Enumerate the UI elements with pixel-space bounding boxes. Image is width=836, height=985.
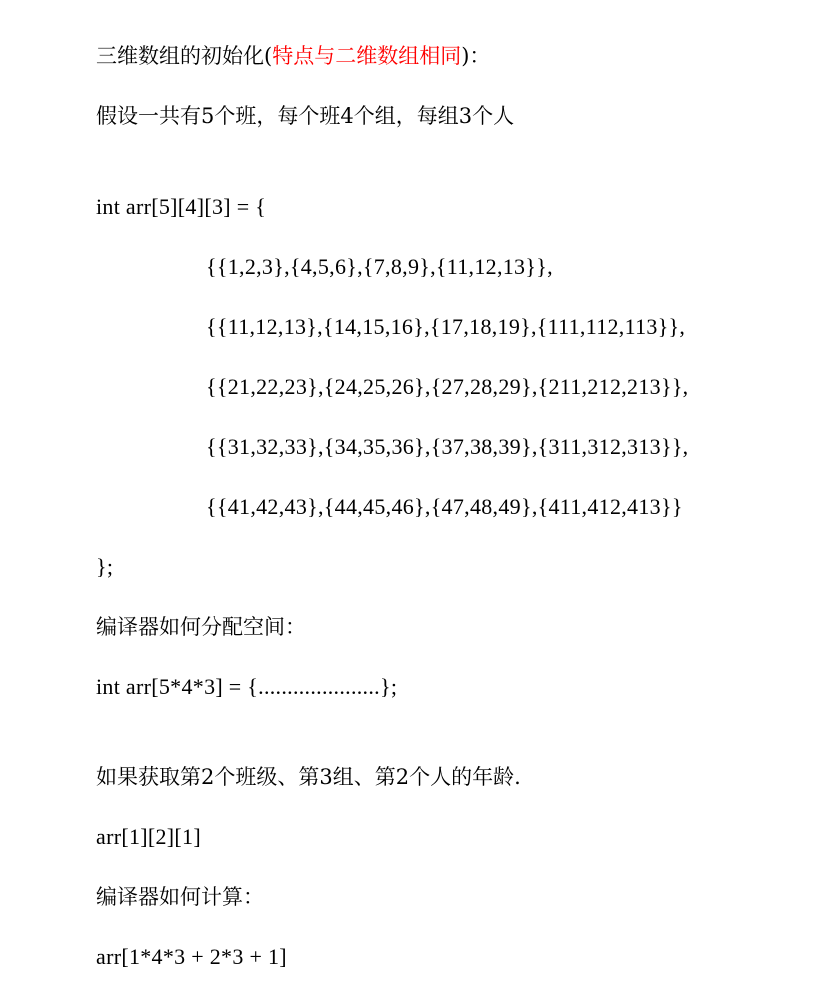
heading: 三维数组的初始化(特点与二维数组相同)： (96, 42, 490, 70)
declaration-row-4: {{31,32,33},{34,35,36},{37,38,39},{311,3… (206, 433, 688, 461)
heading-prefix: 三维数组的初始化( (96, 44, 272, 68)
declaration-row-2: {{11,12,13},{14,15,16},{17,18,19},{111,1… (206, 313, 685, 341)
declaration-row-1: {{1,2,3},{4,5,6},{7,8,9},{11,12,13}}, (206, 253, 553, 281)
declaration-close: }; (96, 553, 113, 581)
access-code: arr[1][2][1] (96, 823, 201, 851)
compute-code: arr[1*4*3 + 2*3 + 1] (96, 943, 287, 971)
compute-label: 编译器如何计算： (96, 883, 264, 911)
declaration-open: int arr[5][4][3] = { (96, 193, 266, 221)
assumption-text: 假设一共有5个班，每个班4个组，每组3个人 (96, 102, 514, 130)
allocation-code: int arr[5*4*3] = {.....................}… (96, 673, 397, 701)
declaration-row-3: {{21,22,23},{24,25,26},{27,28,29},{211,2… (206, 373, 688, 401)
declaration-row-5: {{41,42,43},{44,45,46},{47,48,49},{411,4… (206, 493, 683, 521)
heading-highlight: 特点与二维数组相同 (272, 44, 461, 68)
heading-suffix: )： (461, 44, 490, 68)
allocation-label: 编译器如何分配空间： (96, 613, 306, 641)
access-question: 如果获取第2个班级、第3组、第2个人的年龄. (96, 763, 521, 791)
